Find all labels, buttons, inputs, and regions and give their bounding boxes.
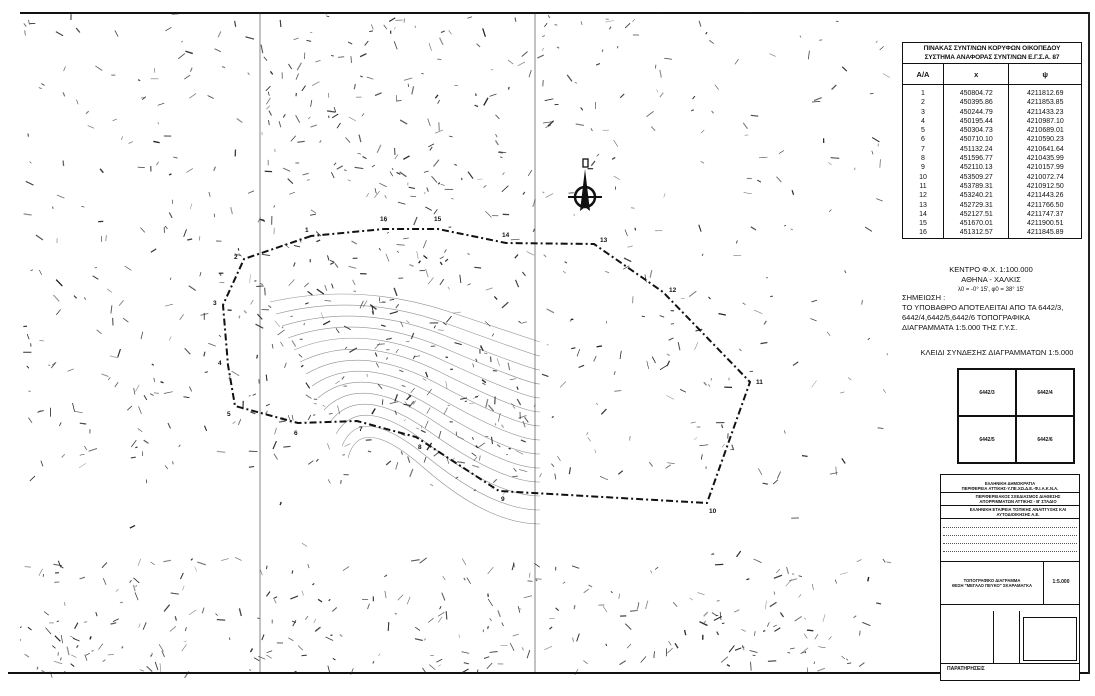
table-row: 3450244.794211433.23 bbox=[903, 108, 1081, 117]
cell-x: 452729.31 bbox=[944, 201, 1009, 210]
vertex-label: 5 bbox=[227, 411, 231, 418]
header-y: ψ bbox=[1009, 64, 1081, 85]
cell-index: 3 bbox=[903, 108, 944, 117]
sheet-key-grid: 6442/3 6442/4 6442/5 6442/6 bbox=[957, 368, 1075, 464]
cell-y: 4210435.99 bbox=[1009, 154, 1081, 163]
table-row: 8451596.774210435.99 bbox=[903, 154, 1081, 163]
cell-y: 4211766.50 bbox=[1009, 201, 1081, 210]
vertex-label: 2 bbox=[234, 254, 238, 261]
note-line-2: 6442/4,6442/5,6442/6 ΤΟΠΟΓΡΑΦΙΚΑ bbox=[902, 313, 1092, 323]
title-block-credits bbox=[941, 519, 1079, 562]
coordinate-table-body: 1450804.724211812.692450395.864211853.85… bbox=[903, 85, 1081, 238]
cell-index: 15 bbox=[903, 219, 944, 228]
cell-x: 451132.24 bbox=[944, 145, 1009, 154]
cell-y: 4211443.26 bbox=[1009, 191, 1081, 200]
table-row: 12453240.214211443.26 bbox=[903, 191, 1081, 200]
cell-y: 4210689.01 bbox=[1009, 126, 1081, 135]
cell-y: 4210072.74 bbox=[1009, 173, 1081, 182]
table-row: 6450710.104210590.23 bbox=[903, 135, 1081, 144]
cell-y: 4210641.64 bbox=[1009, 145, 1081, 154]
drawing-location: ΘΕΣΗ "ΜΕΓΑΛΟ ΠΕΥΚΟ" ΣΚΑΡΑΜΑΓΚΑ bbox=[941, 583, 1043, 588]
contour-texture bbox=[20, 12, 891, 678]
cell-index: 7 bbox=[903, 145, 944, 154]
note-line-1: ΤΟ ΥΠΟΒΑΘΡΟ ΑΠΟΤΕΛΕΙΤΑΙ ΑΠΟ ΤΑ 6442/3, bbox=[902, 303, 1092, 313]
table-row: 11453789.314210912.50 bbox=[903, 182, 1081, 191]
cell-index: 4 bbox=[903, 117, 944, 126]
header-index: Α/Α bbox=[903, 64, 944, 85]
drawing-scale: 1:5.000 bbox=[1044, 580, 1078, 585]
vertex-label: 4 bbox=[218, 360, 222, 367]
cell-y: 4211433.23 bbox=[1009, 108, 1081, 117]
note-heading: ΣΗΜΕΙΩΣΗ : bbox=[902, 293, 1092, 303]
title-block: ΕΛΛΗΝΙΚΗ ΔΗΜΟΚΡΑΤΙΑ ΠΕΡΙΦΕΡΕΙΑ ΑΤΤΙΚΗΣ-Υ… bbox=[940, 474, 1080, 681]
vertex-label: 11 bbox=[756, 379, 763, 386]
coordinate-table-title-line2: ΣΥΣΤΗΜΑ ΑΝΑΦΟΡΑΣ ΣΥΝΤ/ΝΩΝ Ε.Γ.Σ.Α. 87 bbox=[903, 53, 1081, 62]
cell-y: 4211853.85 bbox=[1009, 98, 1081, 107]
cell-index: 10 bbox=[903, 173, 944, 182]
cell-index: 12 bbox=[903, 191, 944, 200]
map-center-scale: ΚΕΝΤΡΟ Φ.Χ. 1:100.000 bbox=[902, 265, 1080, 275]
vertex-label: 9 bbox=[501, 496, 505, 503]
cell-x: 453509.27 bbox=[944, 173, 1009, 182]
cell-index: 1 bbox=[903, 85, 944, 99]
topographic-map: 12345678910111213141516 bbox=[20, 12, 892, 684]
cell-y: 4210157.99 bbox=[1009, 163, 1081, 172]
cell-index: 8 bbox=[903, 154, 944, 163]
sheet-key-cell: 6442/3 bbox=[958, 369, 1016, 416]
table-row: 10453509.274210072.74 bbox=[903, 173, 1081, 182]
cell-index: 13 bbox=[903, 201, 944, 210]
cell-x: 452127.51 bbox=[944, 210, 1009, 219]
title-block-footer: ΠΑΡΑΤΗΡΗΣΕΙΣ bbox=[947, 667, 985, 672]
cell-x: 450395.86 bbox=[944, 98, 1009, 107]
note-block: ΣΗΜΕΙΩΣΗ : ΤΟ ΥΠΟΒΑΘΡΟ ΑΠΟΤΕΛΕΙΤΑΙ ΑΠΟ Τ… bbox=[902, 293, 1092, 333]
cell-x: 450195.44 bbox=[944, 117, 1009, 126]
north-arrow-icon bbox=[568, 159, 602, 211]
coordinate-table: ΠΙΝΑΚΑΣ ΣΥΝΤ/ΝΩΝ ΚΟΡΥΦΩΝ ΟΙΚΟΠΕΔΟΥ ΣΥΣΤΗ… bbox=[902, 42, 1082, 239]
table-row: 2450395.864211853.85 bbox=[903, 98, 1081, 107]
vertex-label: 1 bbox=[305, 227, 309, 234]
vertex-label: 10 bbox=[709, 508, 717, 515]
map-sheet: 12345678910111213141516 ΠΙΝΑΚΑΣ ΣΥΝΤ/ΝΩΝ… bbox=[0, 0, 1095, 696]
cell-x: 451312.57 bbox=[944, 228, 1009, 237]
cell-x: 450244.79 bbox=[944, 108, 1009, 117]
title-block-contractor-name: ΕΛΛΗΝΙΚΗ ΕΤΑΙΡΕΙΑ ΤΟΠΙΚΗΣ ΑΝΑΠΤΥΞΗΣ ΚΑΙ … bbox=[959, 507, 1077, 517]
table-row: 5450304.734210689.01 bbox=[903, 126, 1081, 135]
table-row: 4450195.444210987.10 bbox=[903, 117, 1081, 126]
cell-x: 451670.01 bbox=[944, 219, 1009, 228]
cell-y: 4211747.37 bbox=[1009, 210, 1081, 219]
sheet-key-cell: 6442/4 bbox=[1016, 369, 1074, 416]
cell-x: 450710.10 bbox=[944, 135, 1009, 144]
cell-y: 4211812.69 bbox=[1009, 85, 1081, 99]
map-canvas: 12345678910111213141516 bbox=[20, 12, 892, 684]
cell-index: 5 bbox=[903, 126, 944, 135]
cell-x: 451596.77 bbox=[944, 154, 1009, 163]
cell-y: 4210590.23 bbox=[1009, 135, 1081, 144]
vertex-labels: 12345678910111213141516 bbox=[213, 216, 763, 515]
sheet-division-lines bbox=[260, 12, 535, 672]
cell-x: 452110.13 bbox=[944, 163, 1009, 172]
title-block-project-name: ΠΕΡΙΦΕΡΕΙΑΚΟΣ ΣΧΕΔΙΑΣΜΟΣ ΔΙΑΘΕΣΗΣ ΑΠΟΡΡΙ… bbox=[959, 494, 1077, 504]
cell-y: 4210912.50 bbox=[1009, 182, 1081, 191]
cell-x: 450804.72 bbox=[944, 85, 1009, 99]
sheet-key-title: ΚΛΕΙΔΙ ΣΥΝΔΕΣΗΣ ΔΙΑΓΡΑΜΜΑΤΩΝ 1:5.000 bbox=[902, 348, 1092, 358]
vertex-label: 8 bbox=[418, 444, 422, 451]
cell-y: 4210987.10 bbox=[1009, 117, 1081, 126]
coordinate-table-title-line1: ΠΙΝΑΚΑΣ ΣΥΝΤ/ΝΩΝ ΚΟΡΥΦΩΝ ΟΙΚΟΠΕΔΟΥ bbox=[903, 44, 1081, 53]
cell-x: 450304.73 bbox=[944, 126, 1009, 135]
frame-border-right bbox=[1088, 12, 1090, 674]
vertex-label: 6 bbox=[294, 430, 298, 437]
cell-index: 14 bbox=[903, 210, 944, 219]
table-row: 7451132.244210641.64 bbox=[903, 145, 1081, 154]
title-block-lower bbox=[941, 611, 1079, 664]
cell-index: 9 bbox=[903, 163, 944, 172]
title-block-project: ΠΕΡΙΦΕΡΕΙΑΚΟΣ ΣΧΕΔΙΑΣΜΟΣ ΔΙΑΘΕΣΗΣ ΑΠΟΡΡΙ… bbox=[941, 493, 1079, 506]
cell-x: 453789.31 bbox=[944, 182, 1009, 191]
vertex-label: 7 bbox=[359, 426, 363, 433]
cell-index: 11 bbox=[903, 182, 944, 191]
note-line-3: ΔΙΑΓΡΑΜΜΑΤΑ 1:5.000 ΤΗΣ Γ.Υ.Σ. bbox=[902, 323, 1092, 333]
coordinate-table-title: ΠΙΝΑΚΑΣ ΣΥΝΤ/ΝΩΝ ΚΟΡΥΦΩΝ ΟΙΚΟΠΕΔΟΥ ΣΥΣΤΗ… bbox=[903, 43, 1081, 64]
cell-index: 6 bbox=[903, 135, 944, 144]
vertex-label: 13 bbox=[600, 237, 608, 244]
vertex-label: 14 bbox=[502, 232, 510, 239]
vertex-label: 16 bbox=[380, 216, 388, 223]
table-row: 9452110.134210157.99 bbox=[903, 163, 1081, 172]
map-center-info: ΚΕΝΤΡΟ Φ.Χ. 1:100.000 ΑΘΗΝΑ - ΧΑΛΚΙΣ λ0 … bbox=[902, 265, 1080, 295]
title-block-contractor: ΕΛΛΗΝΙΚΗ ΕΤΑΙΡΕΙΑ ΤΟΠΙΚΗΣ ΑΝΑΠΤΥΞΗΣ ΚΑΙ … bbox=[941, 506, 1079, 519]
cell-y: 4211845.89 bbox=[1009, 228, 1081, 237]
vertex-label: 12 bbox=[669, 287, 677, 294]
header-x: x bbox=[944, 64, 1009, 85]
title-block-header: ΕΛΛΗΝΙΚΗ ΔΗΜΟΚΡΑΤΙΑ ΠΕΡΙΦΕΡΕΙΑ ΑΤΤΙΚΗΣ-Υ… bbox=[941, 475, 1079, 493]
cell-index: 16 bbox=[903, 228, 944, 237]
vertex-label: 15 bbox=[434, 216, 442, 223]
vertex-label: 3 bbox=[213, 300, 217, 307]
sheet-key-cell: 6442/5 bbox=[958, 416, 1016, 463]
coordinate-table-grid: Α/Α x ψ 1450804.724211812.692450395.8642… bbox=[903, 64, 1081, 238]
table-row: 1450804.724211812.69 bbox=[903, 85, 1081, 99]
table-row: 14452127.514211747.37 bbox=[903, 210, 1081, 219]
table-row: 16451312.574211845.89 bbox=[903, 228, 1081, 237]
cell-x: 453240.21 bbox=[944, 191, 1009, 200]
title-block-drawing: ΤΟΠΟΓΡΑΦΙΚΟ ΔΙΑΓΡΑΜΜΑ ΘΕΣΗ "ΜΕΓΑΛΟ ΠΕΥΚΟ… bbox=[941, 562, 1079, 605]
cell-index: 2 bbox=[903, 98, 944, 107]
table-row: 13452729.314211766.50 bbox=[903, 201, 1081, 210]
cell-y: 4211900.51 bbox=[1009, 219, 1081, 228]
sheet-key-cell: 6442/6 bbox=[1016, 416, 1074, 463]
table-row: 15451670.014211900.51 bbox=[903, 219, 1081, 228]
title-block-authority: ΠΕΡΙΦΕΡΕΙΑ ΑΤΤΙΚΗΣ-Υ.ΠΕ.ΧΩ.Δ.Ε.-Φ.Ι.Α.Κ.… bbox=[943, 486, 1077, 491]
map-center-sheet: ΑΘΗΝΑ - ΧΑΛΚΙΣ bbox=[902, 275, 1080, 285]
location-sketch bbox=[1023, 617, 1077, 661]
